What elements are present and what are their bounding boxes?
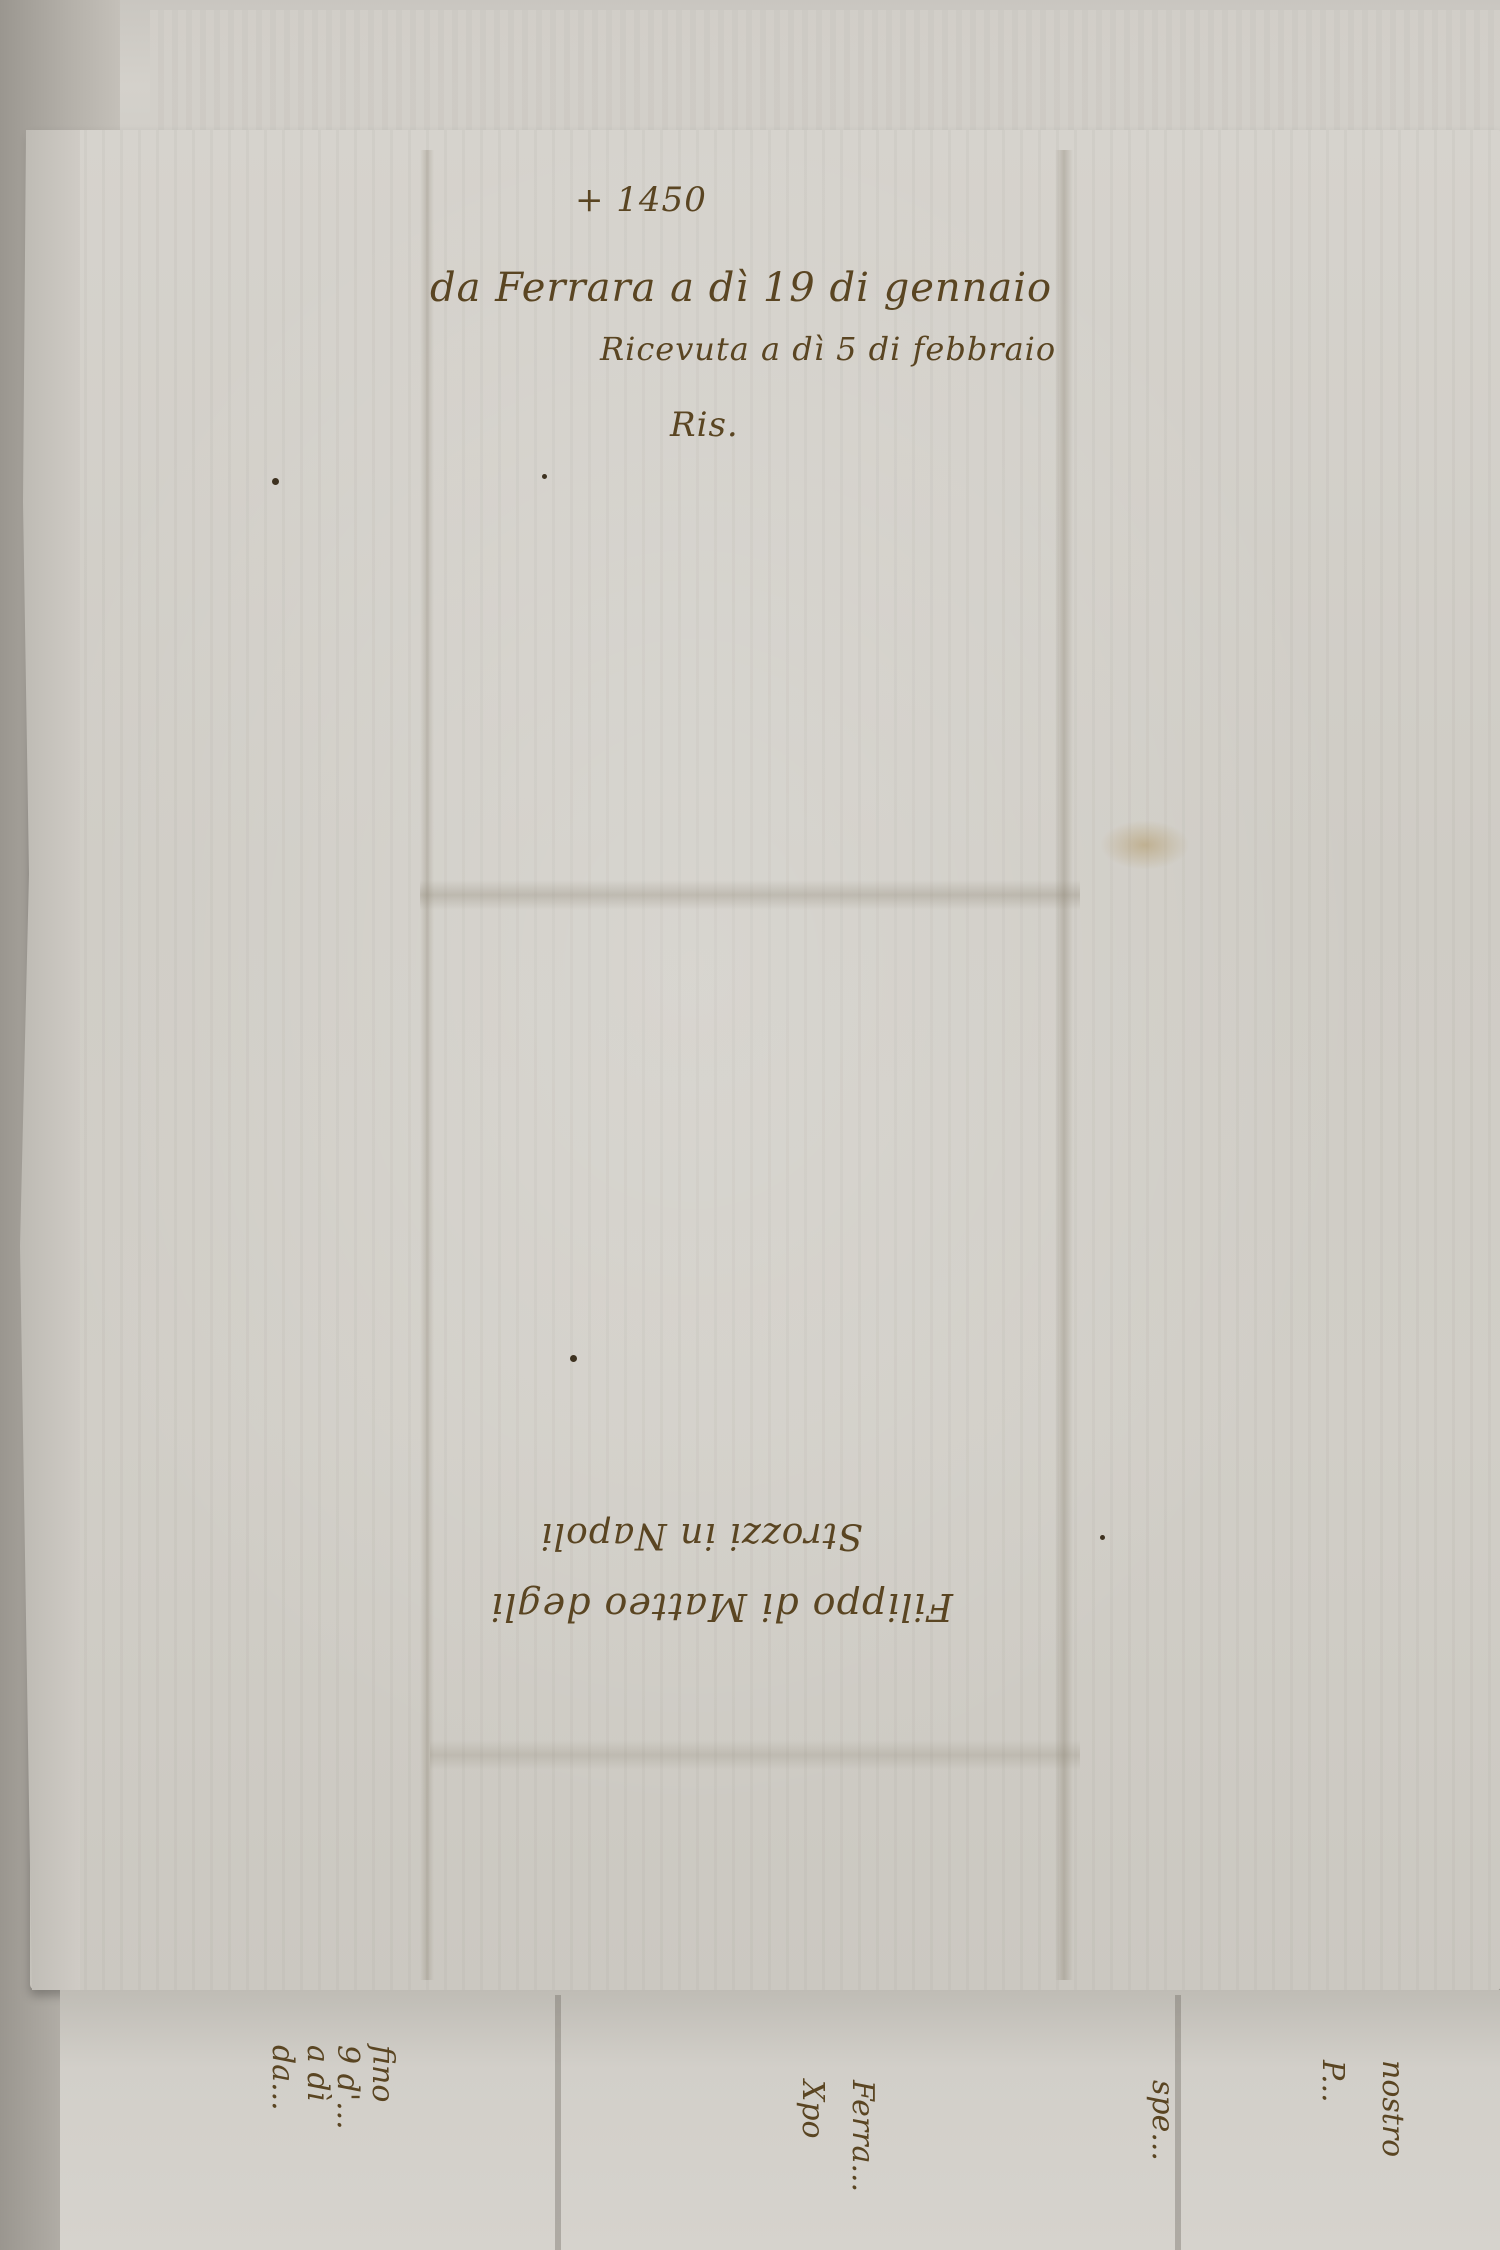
fold-line	[1055, 150, 1073, 1980]
docket-answered: Ris.	[670, 405, 739, 445]
lower-letter-text: Xpo	[795, 2080, 830, 2139]
letter-torn-edge	[20, 130, 80, 1990]
address-line-2: Strozzi in Napoli	[540, 1515, 863, 1556]
folded-letter	[30, 130, 1500, 1990]
fold-line	[420, 880, 1080, 910]
lower-letter-text: nostro	[1375, 2060, 1410, 2157]
docket-origin-date: da Ferrara a dì 19 di gennaio	[430, 265, 1052, 311]
address-line-1: Filippo di Matteo degli	[490, 1585, 953, 1629]
ink-spot	[542, 474, 547, 479]
lower-letter-text: spe...	[1145, 2080, 1180, 2161]
ink-spot	[570, 1355, 577, 1362]
fold-line	[420, 150, 434, 1980]
lower-letter-text: da...	[265, 2045, 300, 2111]
fold-line	[430, 1740, 1080, 1770]
ink-spot	[1100, 1535, 1105, 1540]
lower-letter-text: fino	[365, 2045, 400, 2102]
water-stain	[1100, 820, 1190, 870]
lower-letter-text: 9 d'...	[330, 2045, 365, 2130]
lower-letter-text: P...	[1315, 2060, 1350, 2103]
ink-spot	[272, 478, 279, 485]
docket-received: Ricevuta a dì 5 di febbraio	[600, 330, 1056, 368]
letter-below	[60, 1990, 1500, 2250]
docket-year: + 1450	[575, 180, 707, 220]
fold-line	[555, 1995, 561, 2250]
lower-letter-text: Ferra...	[845, 2080, 880, 2192]
